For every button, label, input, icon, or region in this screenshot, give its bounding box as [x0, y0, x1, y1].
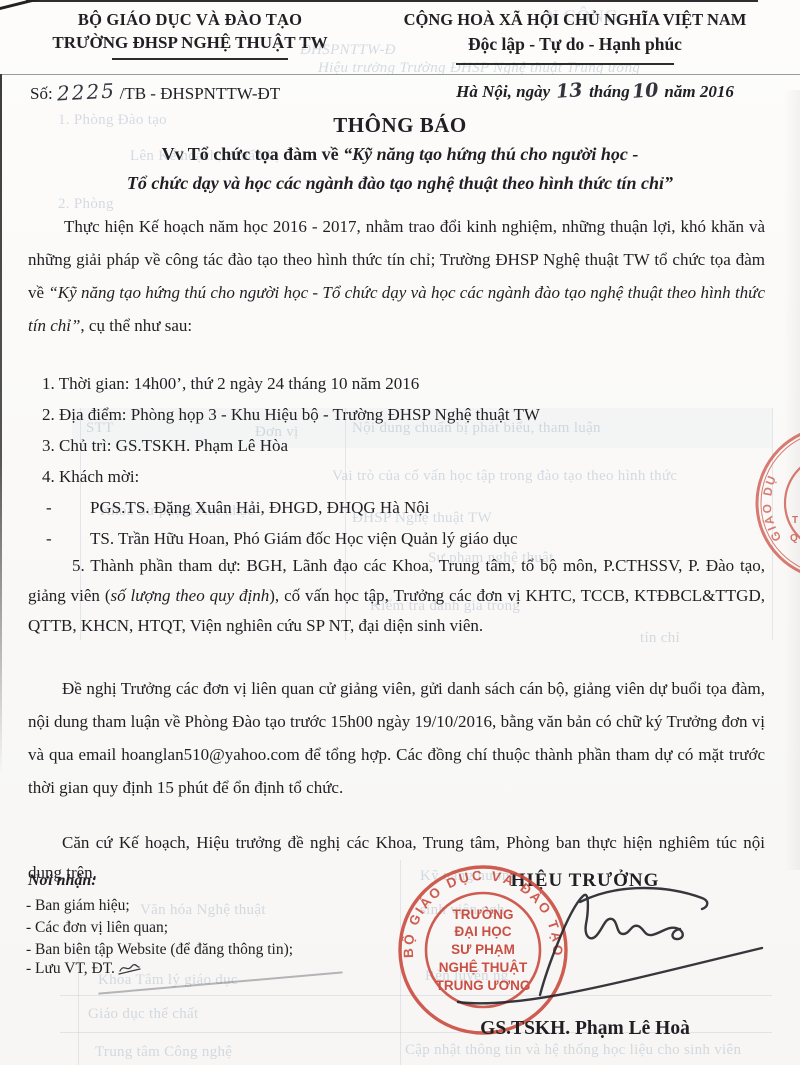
list-item-location: 2. Địa điểm: Phòng họp 3 - Khu Hiệu bộ -… — [28, 399, 765, 430]
date-suffix: năm 2016 — [664, 82, 733, 101]
header-left-underline — [112, 58, 288, 60]
recipient-item: - Ban giám hiệu; — [26, 897, 130, 915]
school-name: TRƯỜNG ĐHSP NGHỆ THUẬT TW — [18, 33, 362, 53]
partial-stamp-icon: GIÁO DỤ T Q — [730, 423, 800, 608]
list-item-chair: 3. Chủ trì: GS.TSKH. Phạm Lê Hòa — [28, 430, 765, 461]
recipient-item: - Lưu VT, ĐT. — [26, 960, 143, 978]
intro-paragraph: Thực hiện Kế hoạch năm học 2016 - 2017, … — [28, 210, 765, 342]
bleed-fragment: Cập nhật thông tin và hệ thống học liệu … — [405, 1042, 741, 1059]
bleed-fragment: Trung tâm Công nghệ — [95, 1044, 232, 1061]
list-item-time: 1. Thời gian: 14h00’, thứ 2 ngày 24 thán… — [28, 368, 765, 399]
scan-artifact-fold-line — [0, 74, 800, 75]
request-paragraph: Đề nghị Trưởng các đơn vị liên quan cử g… — [28, 672, 765, 804]
date-mid: tháng — [589, 82, 630, 101]
dash-bullet: - — [46, 523, 90, 554]
number-suffix: /TB - ĐHSPNTTW-ĐT — [120, 84, 281, 103]
subject-plain: Vv Tổ chức tọa đàm về — [162, 144, 343, 164]
edge-stamp-cut-letter: T — [792, 515, 798, 526]
bleed-fragment: Văn hóa Nghệ thuật — [140, 902, 266, 919]
edge-stamp-cut-letter: Q — [790, 533, 798, 544]
participants-item: 5. Thành phần tham dự: BGH, Lãnh đạo các… — [28, 551, 765, 641]
participants-note-italic: số lượng theo quy định — [110, 586, 269, 605]
handwritten-month: 10 — [631, 79, 659, 103]
motto: Độc lập - Tự do - Hạnh phúc — [380, 34, 770, 55]
guest-name: TS. Trần Hữu Hoan, Phó Giám đốc Học viện… — [90, 523, 518, 554]
scan-artifact-top-line — [26, 0, 758, 2]
national-motto-block: CỘNG HOÀ XÃ HỘI CHỦ NGHĨA VIỆT NAM Độc l… — [380, 10, 770, 55]
signature — [440, 862, 770, 1037]
issuing-org-block: BỘ GIÁO DỤC VÀ ĐÀO TẠO TRƯỜNG ĐHSP NGHỆ … — [18, 10, 362, 53]
intro-tail: , cụ thể như sau: — [80, 316, 192, 335]
place-and-date: Hà Nội, ngày 13 tháng10 năm 2016 — [430, 80, 760, 102]
dash-bullet: - — [46, 492, 90, 523]
ministry-name: BỘ GIÁO DỤC VÀ ĐÀO TẠO — [18, 10, 362, 30]
initials-mark-icon — [117, 960, 143, 976]
document-title: THÔNG BÁO — [0, 113, 800, 138]
list-item-guests: 4. Khách mời: — [28, 461, 765, 492]
subject-quote-start: “Kỹ năng tạo hứng thú cho người học - — [343, 144, 638, 164]
guest-name: PGS.TS. Đặng Xuân Hải, ĐHGD, ĐHQG Hà Nội — [90, 492, 430, 523]
recipients-heading: Nơi nhận: — [28, 872, 97, 890]
document-number: Số:2225/TB - ĐHSPNTTW-ĐT — [30, 80, 280, 104]
guest-item: -PGS.TS. Đặng Xuân Hải, ĐHGD, ĐHQG Hà Nộ… — [28, 492, 765, 523]
document-page: N CÔNGĐHSPNTTW-ĐHiệu trưởng Trường ĐHSP … — [0, 0, 800, 1065]
agenda-list: 1. Thời gian: 14h00’, thứ 2 ngày 24 thán… — [28, 368, 765, 554]
republic-title: CỘNG HOÀ XÃ HỘI CHỦ NGHĨA VIỆT NAM — [380, 10, 770, 30]
signer-name: GS.TSKH. Phạm Lê Hoà — [420, 1018, 750, 1040]
bleed-fragment: Giáo dục thể chất — [88, 1006, 198, 1023]
handwritten-number: 2225 — [56, 78, 116, 105]
recipient-item: - Các đơn vị liên quan; — [26, 919, 168, 937]
subject-line-1: Vv Tổ chức tọa đàm về “Kỹ năng tạo hứng … — [0, 144, 800, 165]
header-right-underline — [456, 63, 674, 65]
recipient-item: - Ban biên tập Website (để đăng thông ti… — [26, 941, 293, 959]
guest-item: -TS. Trần Hữu Hoan, Phó Giám đốc Học việ… — [28, 523, 765, 554]
number-prefix: Số: — [30, 84, 53, 103]
handwritten-day: 13 — [556, 79, 584, 103]
recipient-text: - Lưu VT, ĐT. — [26, 960, 115, 977]
date-prefix: Hà Nội, ngày — [456, 82, 550, 101]
subject-line-2: Tổ chức dạy và học các ngành đào tạo ngh… — [0, 173, 800, 194]
